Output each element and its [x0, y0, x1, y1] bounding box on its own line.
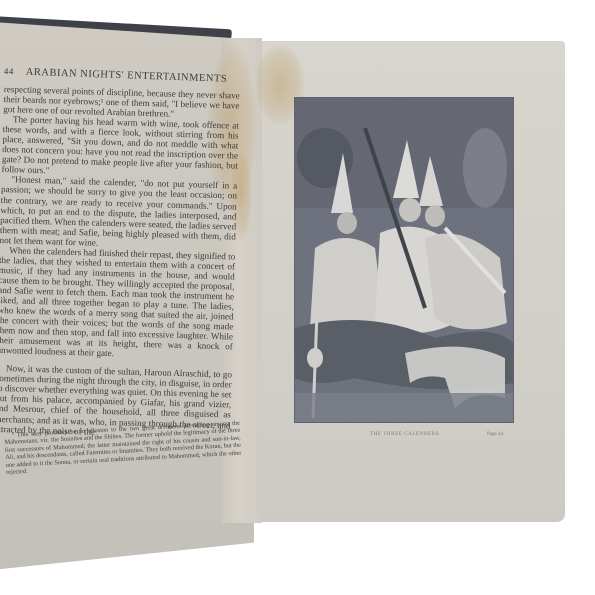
open-book-photo: 44 ARABIAN NIGHTS' ENTERTAINMENTS respec…	[0, 0, 595, 595]
body-text: respecting several points of discipline,…	[0, 84, 240, 440]
plate-caption: THE THREE CALENDERS.	[370, 432, 441, 437]
paragraph: The porter having his head warm with win…	[1, 114, 239, 181]
paragraph: "Honest man," said the calender, "do not…	[0, 174, 237, 251]
page-number: 44	[4, 66, 14, 76]
paragraph: When the calenders had finished their re…	[0, 245, 235, 362]
engraving-illustration	[295, 98, 513, 422]
engraving-three-calenders	[294, 97, 514, 423]
plate-page-reference: Page 44.	[487, 432, 504, 437]
